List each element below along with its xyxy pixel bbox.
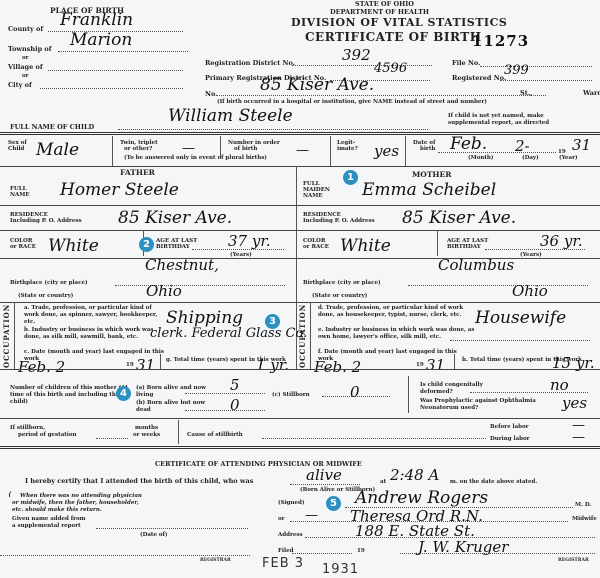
- divider: [296, 205, 600, 206]
- county-value: Franklin: [60, 10, 133, 30]
- city-label: City of: [8, 81, 32, 89]
- given-name-label-1: Given name added from: [12, 516, 85, 522]
- divider: [405, 136, 406, 166]
- mother-state-value: Ohio: [512, 282, 548, 300]
- birth-time-suffix: m. on the date above stated.: [450, 479, 537, 485]
- father-occupation-b-value: clerk. Federal Glass Co.: [150, 326, 307, 341]
- county-label: County of: [8, 25, 43, 33]
- father-occupation-c-value: Feb. 2: [18, 358, 65, 376]
- callout-badge-2: 2: [139, 237, 154, 252]
- divider: [0, 302, 296, 303]
- stillborn-period-label-1: If stillborn,: [10, 425, 45, 431]
- during-labor-label: During labor: [490, 436, 530, 442]
- registered-no-value: 399: [504, 63, 529, 78]
- prophylactic-value: yes: [562, 394, 587, 412]
- mother-age-label-2: BIRTHDAY: [447, 244, 481, 250]
- mother-birthplace-field: Columbus: [408, 262, 588, 286]
- sex-label-2: Child: [8, 146, 24, 152]
- street-label: St.,: [520, 89, 532, 97]
- divider: [0, 446, 600, 449]
- during-labor-value: —: [572, 430, 585, 445]
- or-label: or: [278, 516, 285, 522]
- occupation-side-label-mother: OCCUPATION: [298, 304, 307, 368]
- city-field: [40, 80, 183, 89]
- father-occupation-g-value: 1 yr.: [256, 356, 289, 374]
- certificate-title: CERTIFICATE OF BIRTH: [305, 30, 482, 44]
- mother-name-label-3: NAME: [303, 193, 323, 199]
- midwife-label: Midwife: [572, 516, 597, 522]
- or-text-2: or: [22, 73, 29, 79]
- order-value: —: [296, 143, 309, 158]
- division-heading: DIVISION OF VITAL STATISTICS: [291, 16, 507, 29]
- child-name-note-1: If child is not yet named, make: [448, 113, 544, 119]
- cause-of-stillbirth-label: Cause of stillbirth: [187, 432, 243, 438]
- given-name-date-field: [96, 522, 248, 529]
- mother-residence-label-2: Including P. O. Address: [303, 218, 375, 224]
- registration-district-label: Registration District No.: [205, 59, 295, 67]
- brace-open: {: [8, 492, 12, 498]
- occupation-side-label-father: OCCUPATION: [2, 304, 11, 368]
- physician-signature-value: Andrew Rogers: [355, 488, 488, 508]
- plural-births-note: (To be answered only in event of plural …: [124, 155, 267, 161]
- stillborn-period-label-2: period of gestation: [18, 432, 77, 438]
- mother-heading: MOTHER: [412, 170, 451, 179]
- divider: [0, 230, 296, 231]
- township-value: Marion: [70, 30, 132, 50]
- divider: [437, 230, 438, 256]
- deformed-value: no: [550, 376, 569, 394]
- day-caption: (Day): [522, 155, 539, 161]
- sex-value: Male: [36, 140, 79, 160]
- file-no-label: File No.: [452, 59, 480, 67]
- township-label: Township of: [8, 45, 52, 53]
- divider: [112, 136, 113, 166]
- dob-label-2: birth: [420, 146, 435, 152]
- address-note: (If birth occurred in a hospital or inst…: [217, 99, 487, 105]
- children-b-value: 0: [230, 396, 240, 414]
- father-state-label: (State or country): [18, 293, 73, 299]
- no-physician-note-2: or midwife, then the father, householder…: [12, 500, 139, 506]
- mother-occupation-d-value: Housewife: [475, 308, 566, 328]
- dob-month-value: Feb.: [450, 134, 487, 154]
- divider: [0, 132, 600, 135]
- divider: [296, 230, 600, 231]
- child-name-label: FULL NAME OF CHILD: [10, 123, 94, 131]
- father-age-value: 37 yr.: [228, 232, 271, 250]
- deformed-field: [470, 386, 588, 393]
- father-occupation-b-label: b. Industry or business in which work wa…: [24, 327, 164, 341]
- mother-occupation-e-field: [450, 334, 590, 341]
- child-name-value: William Steele: [168, 106, 293, 126]
- father-occupation-a-label: a. Trade, profession, or particular kind…: [24, 305, 164, 326]
- mother-occupation-f-year-prefix: 19: [416, 362, 424, 368]
- father-heading: FATHER: [120, 168, 155, 177]
- callout-badge-1: 1: [343, 170, 358, 185]
- divider: [310, 302, 311, 369]
- father-age-label-2: BIRTHDAY: [156, 244, 190, 250]
- alive-value: alive: [306, 466, 342, 484]
- twin-value: —: [182, 141, 195, 156]
- mother-residence-value: 85 Kiser Ave.: [402, 208, 516, 228]
- legitimate-label-2: imate?: [337, 146, 358, 152]
- certificate-number: 11273: [472, 32, 529, 50]
- divider: [296, 302, 600, 303]
- callout-badge-5: 5: [326, 496, 341, 511]
- registration-district-value: 392: [342, 46, 371, 64]
- divider: [0, 205, 296, 206]
- or-text-1: or: [22, 55, 29, 61]
- certify-text: I hereby certify that I attended the bir…: [25, 477, 253, 485]
- no-physician-note-3: etc. should make this return.: [12, 507, 102, 513]
- primary-district-value: 4596: [374, 61, 407, 76]
- state-heading: STATE OF OHIO: [355, 0, 414, 8]
- weeks-label: or weeks: [133, 432, 160, 438]
- dob-year-value: 31: [572, 136, 591, 154]
- month-caption: (Month): [468, 155, 494, 161]
- divider: [408, 376, 409, 413]
- before-labor-label: Before labor: [490, 424, 529, 430]
- divider: [14, 302, 15, 369]
- divider: [0, 369, 600, 370]
- children-b-field: [185, 404, 265, 411]
- father-color-value: White: [48, 236, 99, 256]
- year-caption: (Year): [559, 155, 578, 161]
- father-birthplace-value: Chestnut,: [145, 256, 219, 274]
- registrar-line-left: [0, 552, 250, 556]
- father-state-value: Ohio: [146, 282, 182, 300]
- registrar-label-left: REGISTRAR: [200, 558, 231, 563]
- filed-field: [292, 547, 352, 554]
- mother-name-value: Emma Scheibel: [362, 180, 496, 200]
- at-label: at: [380, 479, 386, 485]
- mother-birthplace-label: Birthplace (city or place): [303, 280, 381, 286]
- given-name-label-2: a supplemental report: [12, 523, 81, 529]
- father-name-label-2: NAME: [10, 192, 30, 198]
- filed-year-prefix: 19: [357, 548, 365, 554]
- months-label: months: [135, 425, 158, 431]
- mother-age-value: 36 yr.: [540, 232, 583, 250]
- children-c-value: 0: [350, 383, 360, 401]
- father-residence-value: 85 Kiser Ave.: [118, 208, 232, 228]
- divider: [178, 420, 179, 444]
- divider: [330, 136, 331, 166]
- mother-state-label: (State or country): [312, 293, 367, 299]
- father-color-label-2: or RACE: [10, 244, 36, 250]
- md-label: M. D.: [575, 502, 591, 508]
- father-name-value: Homer Steele: [60, 180, 179, 200]
- child-name-field: William Steele: [118, 108, 428, 130]
- county-field: Franklin: [48, 12, 183, 32]
- father-birthplace-label: Birthplace (city or place): [10, 280, 88, 286]
- divider: [454, 354, 455, 369]
- father-occupation-c-year-prefix: 19: [126, 362, 134, 368]
- father-birthplace-field: Chestnut,: [115, 262, 285, 286]
- mother-color-value: White: [340, 236, 391, 256]
- father-occupation-a-value: Shipping: [166, 308, 243, 328]
- registrar-label-right: REGISTRAR: [558, 558, 589, 563]
- child-name-note-2: supplemental report, as directed: [448, 120, 549, 126]
- divider: [0, 166, 600, 167]
- children-c-label: (c) Stillborn: [272, 392, 310, 398]
- mother-color-label-2: or RACE: [303, 244, 329, 250]
- birth-certificate: PLACE OF BIRTH County of Franklin Townsh…: [0, 0, 600, 578]
- date-of-caption: (Date of): [140, 532, 168, 538]
- no-physician-note-1: When there was no attending physician: [20, 493, 142, 499]
- filed-stamp-year: 1931: [322, 562, 359, 577]
- birth-address-field: 85 Kiser Ave.: [216, 78, 546, 96]
- village-field: [48, 62, 183, 71]
- birth-time-value: 2:48 A: [390, 466, 439, 484]
- father-occupation-c-year: 31: [136, 356, 155, 374]
- callout-badge-4: 4: [116, 386, 131, 401]
- prophylactic-label: Was Prophylactic against Ophthalmia Neon…: [420, 398, 570, 412]
- gestation-field: [96, 433, 128, 439]
- signed-label: (Signed): [278, 500, 304, 506]
- legitimate-value: yes: [374, 142, 399, 160]
- mother-birthplace-value: Columbus: [438, 256, 514, 274]
- divider: [160, 354, 161, 369]
- mother-occupation-f-value: Feb. 2: [314, 358, 361, 376]
- cause-of-stillbirth-field: [262, 432, 486, 439]
- registrar-signature-value: J. W. Kruger: [418, 538, 508, 556]
- mother-occupation-f-year: 31: [426, 356, 445, 374]
- department-heading: DEPARTMENT OF HEALTH: [330, 8, 429, 16]
- township-field: Marion: [58, 34, 188, 52]
- twin-label-2: or other?: [124, 146, 152, 152]
- father-residence-label-2: Including P. O. Address: [10, 218, 82, 224]
- ward-label: Ward: [583, 89, 600, 97]
- divider: [0, 418, 600, 419]
- children-a-value: 5: [230, 376, 240, 394]
- village-label: Village of: [8, 63, 43, 71]
- children-a-field: [185, 384, 265, 394]
- address-label: Address: [278, 532, 303, 538]
- dob-day-value: 2-: [515, 137, 530, 155]
- filed-stamp-date: FEB 3: [262, 556, 304, 571]
- mother-occupation-d-label: d. Trade, profession, or particular kind…: [318, 305, 478, 319]
- order-label-2: of birth: [234, 146, 257, 152]
- birth-address-value: 85 Kiser Ave.: [260, 75, 374, 95]
